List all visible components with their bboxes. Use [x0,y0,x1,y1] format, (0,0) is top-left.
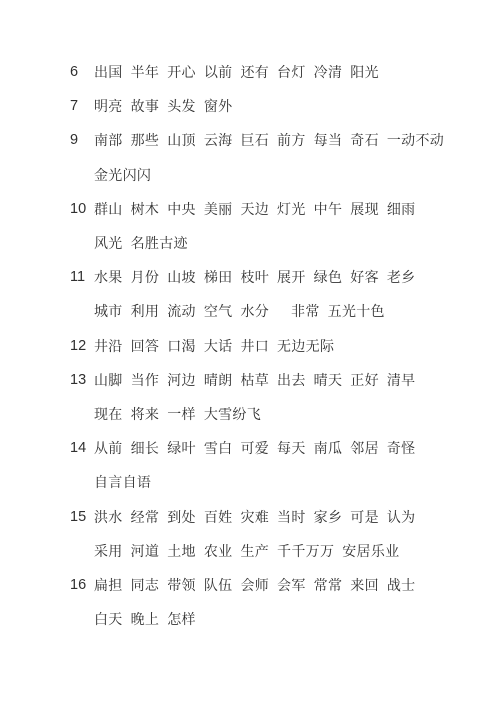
word: 雪白 [204,438,233,458]
word-list-item: 15洪水经常到处百姓灾难当时家乡可是认为 [70,499,470,533]
word: 白天 [94,609,123,629]
word: 群山 [94,199,123,219]
word: 中央 [167,199,196,219]
item-number: 7 [70,98,94,114]
word: 将来 [131,404,160,424]
word-list-item: 12井沿回答口渴大话井口无边无际 [70,329,470,363]
word: 五光十色 [328,301,385,321]
item-number: 12 [70,338,94,354]
word: 山顶 [167,130,196,150]
word: 会师 [240,575,269,595]
word: 空气 [204,301,233,321]
word-list-continuation: 自言自语 [70,465,470,499]
item-number: 6 [70,64,94,80]
word: 树木 [131,199,160,219]
word: 一动不动 [387,130,444,150]
word: 非常 [291,301,320,321]
word: 台灯 [277,62,306,82]
word: 故事 [131,96,160,116]
word-list-item: 11水果月份山坡梯田枝叶展开绿色好客老乡 [70,260,470,294]
word: 井沿 [94,336,123,356]
word: 大话 [204,336,233,356]
word: 生产 [240,541,269,561]
word: 常常 [314,575,343,595]
word: 灾难 [240,507,269,527]
item-number: 10 [70,201,94,217]
word: 农业 [204,541,233,561]
word: 南瓜 [314,438,343,458]
word: 可爱 [240,438,269,458]
word: 邻居 [350,438,379,458]
word: 细雨 [387,199,416,219]
word: 中午 [314,199,343,219]
word: 从前 [94,438,123,458]
word: 奇怪 [387,438,416,458]
word-list-item: 9南部那些山顶云海巨石前方每当奇石一动不动 [70,123,470,157]
word: 队伍 [204,575,233,595]
word: 好客 [350,267,379,287]
item-number: 11 [70,269,94,285]
word: 阳光 [350,62,379,82]
word: 百姓 [204,507,233,527]
word-list-continuation: 采用河道土地农业生产千千万万安居乐业 [70,534,470,568]
word: 口渴 [167,336,196,356]
word: 到处 [167,507,196,527]
word: 名胜古迹 [131,233,188,253]
item-number: 13 [70,372,94,388]
word: 出去 [277,370,306,390]
word-list-item: 6出国半年开心以前还有台灯冷清阳光 [70,55,470,89]
word: 采用 [94,541,123,561]
word-list-continuation: 城市利用流动空气水分非常五光十色 [70,294,470,328]
word-list-item: 10群山树木中央美丽天边灯光中午展现细雨 [70,192,470,226]
word: 晴天 [314,370,343,390]
word: 出国 [94,62,123,82]
word: 无边无际 [277,336,334,356]
item-number: 15 [70,509,94,525]
word: 城市 [94,301,123,321]
word: 枝叶 [240,267,269,287]
word: 还有 [240,62,269,82]
word: 每当 [314,130,343,150]
word: 半年 [131,62,160,82]
word: 经常 [131,507,160,527]
word: 一样 [167,404,196,424]
word: 大雪纷飞 [204,404,261,424]
word-list-item: 13山脚当作河边晴朗枯草出去晴天正好清早 [70,363,470,397]
item-number: 9 [70,132,94,148]
word: 河边 [167,370,196,390]
word: 巨石 [240,130,269,150]
word: 风光 [94,233,123,253]
word: 展开 [277,267,306,287]
word: 现在 [94,404,123,424]
word: 绿色 [314,267,343,287]
word: 明亮 [94,96,123,116]
word: 利用 [131,301,160,321]
word: 美丽 [204,199,233,219]
word: 细长 [131,438,160,458]
word: 回答 [131,336,160,356]
word: 山坡 [167,267,196,287]
word-list-item: 14从前细长绿叶雪白可爱每天南瓜邻居奇怪 [70,431,470,465]
item-number: 14 [70,440,94,456]
word: 当时 [277,507,306,527]
word: 山脚 [94,370,123,390]
word: 云海 [204,130,233,150]
word: 以前 [204,62,233,82]
word: 可是 [350,507,379,527]
word: 奇石 [350,130,379,150]
word: 晚上 [131,609,160,629]
word: 战士 [387,575,416,595]
word: 河道 [131,541,160,561]
word: 开心 [167,62,196,82]
word: 老乡 [387,267,416,287]
word: 头发 [167,96,196,116]
word: 南部 [94,130,123,150]
word: 那些 [131,130,160,150]
word: 枯草 [240,370,269,390]
word: 展现 [350,199,379,219]
word: 正好 [350,370,379,390]
word: 扁担 [94,575,123,595]
word: 怎样 [167,609,196,629]
word: 月份 [131,267,160,287]
word: 晴朗 [204,370,233,390]
word: 带领 [167,575,196,595]
word: 前方 [277,130,306,150]
word: 当作 [131,370,160,390]
word: 来回 [350,575,379,595]
word: 天边 [240,199,269,219]
word: 同志 [131,575,160,595]
word-list-continuation: 风光名胜古迹 [70,226,470,260]
word: 认为 [387,507,416,527]
document-page: 6出国半年开心以前还有台灯冷清阳光7明亮故事头发窗外9南部那些山顶云海巨石前方每… [0,0,500,707]
word: 冷清 [314,62,343,82]
word: 水果 [94,267,123,287]
word: 金光闪闪 [94,165,151,185]
word: 窗外 [204,96,233,116]
word: 水分 [240,301,269,321]
word: 清早 [387,370,416,390]
word-list-item: 7明亮故事头发窗外 [70,89,470,123]
word: 每天 [277,438,306,458]
word: 自言自语 [94,472,151,492]
word-list-continuation: 白天晚上怎样 [70,602,470,636]
word-list-continuation: 金光闪闪 [70,158,470,192]
vocabulary-word-list: 6出国半年开心以前还有台灯冷清阳光7明亮故事头发窗外9南部那些山顶云海巨石前方每… [70,55,470,636]
word: 流动 [167,301,196,321]
item-number: 16 [70,577,94,593]
word: 灯光 [277,199,306,219]
word: 家乡 [314,507,343,527]
word: 千千万万 [277,541,334,561]
word: 会军 [277,575,306,595]
word: 安居乐业 [342,541,399,561]
word-list-continuation: 现在将来一样大雪纷飞 [70,397,470,431]
word: 井口 [240,336,269,356]
word: 绿叶 [167,438,196,458]
word: 洪水 [94,507,123,527]
word-list-item: 16扁担同志带领队伍会师会军常常来回战士 [70,568,470,602]
word: 土地 [167,541,196,561]
word: 梯田 [204,267,233,287]
